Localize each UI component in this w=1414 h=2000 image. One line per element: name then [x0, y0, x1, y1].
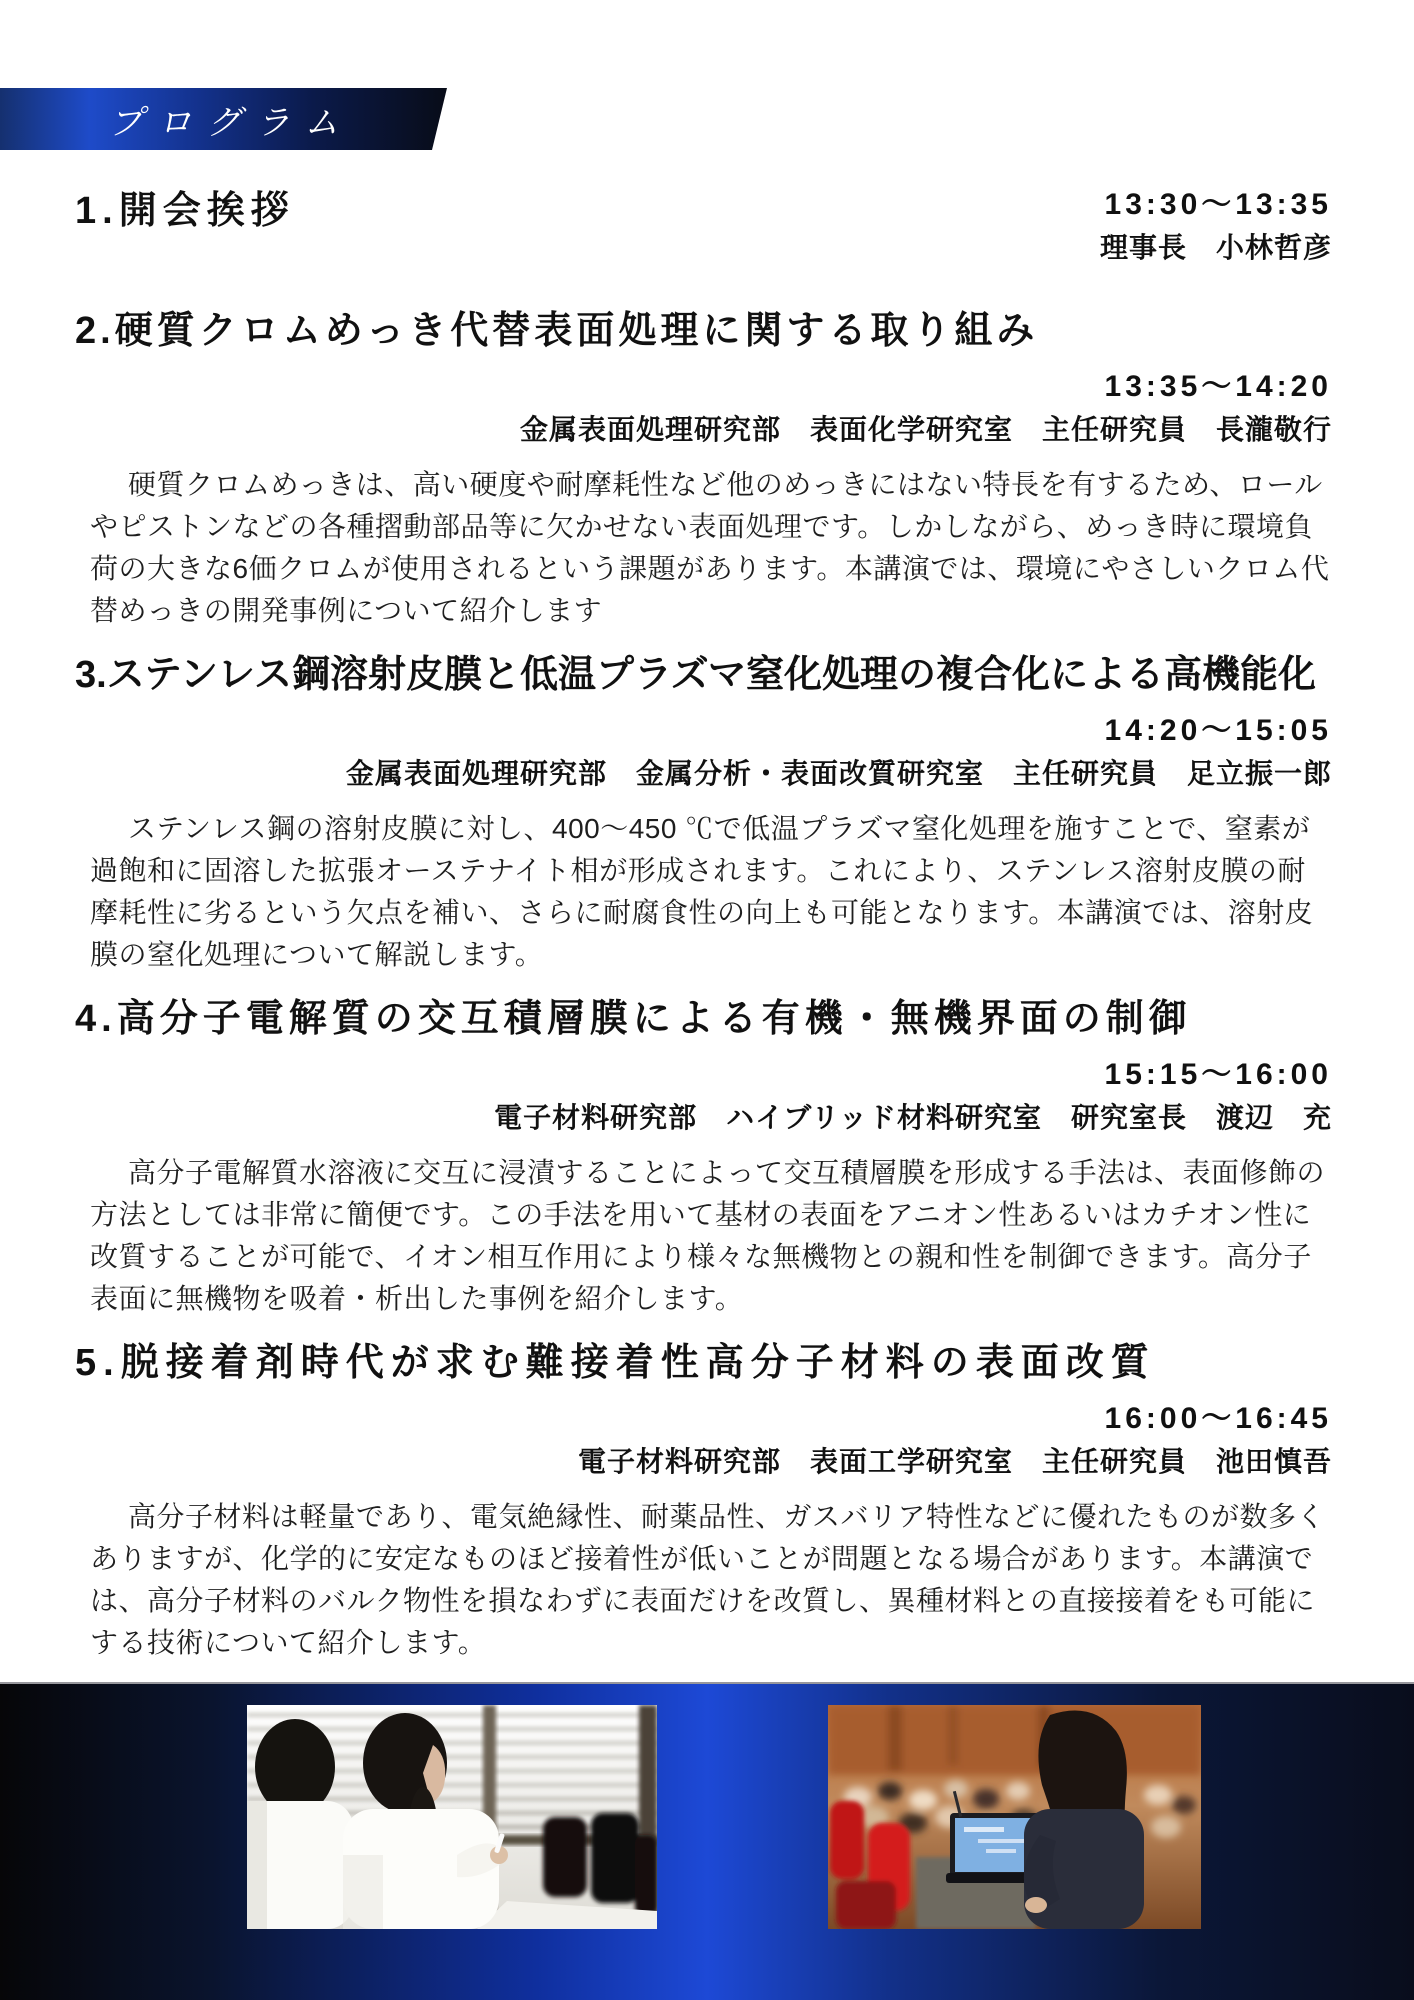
session-chrome-plating: 2.硬質クロムめっき代替表面処理に関する取り組み 13:35～14:20 金属表… — [75, 308, 1332, 632]
session-speaker: 金属表面処理研究部 金属分析・表面改質研究室 主任研究員 足立振一郎 — [75, 756, 1332, 792]
program-banner: プログラム — [0, 88, 447, 150]
conference-presenter-illustration — [828, 1705, 1201, 1929]
session-title: 4.高分子電解質の交互積層膜による有機・無機界面の制御 — [75, 996, 1332, 1042]
session-time: 15:15～16:00 — [75, 1058, 1332, 1092]
session-time: 13:30～13:35 — [1100, 188, 1332, 222]
session-meta: 13:30～13:35 理事長 小林哲彦 — [1100, 188, 1332, 266]
session-title: 5.脱接着剤時代が求む難接着性高分子材料の表面改質 — [75, 1340, 1332, 1386]
session-speaker: 金属表面処理研究部 表面化学研究室 主任研究員 長瀧敬行 — [75, 412, 1332, 448]
session-title: 3.ステンレス鋼溶射皮膜と低温プラズマ窒化処理の複合化による高機能化 — [75, 652, 1332, 698]
session-speaker: 理事長 小林哲彦 — [1100, 230, 1332, 266]
lab-coat-audience-illustration — [247, 1705, 657, 1929]
session-abstract: ステンレス鋼の溶射皮膜に対し、400～450 ℃で低温プラズマ窒化処理を施すこと… — [75, 808, 1332, 976]
session-title: 2.硬質クロムめっき代替表面処理に関する取り組み — [75, 308, 1332, 354]
session-abstract: 硬質クロムめっきは、高い硬度や耐摩耗性など他のめっきにはない特長を有するため、ロ… — [75, 464, 1332, 632]
session-speaker: 電子材料研究部 表面工学研究室 主任研究員 池田慎吾 — [75, 1444, 1332, 1480]
program-content: 1.開会挨拶 13:30～13:35 理事長 小林哲彦 2.硬質クロムめっき代替… — [0, 150, 1414, 1664]
session-time: 14:20～15:05 — [75, 714, 1332, 748]
session-time: 13:35～14:20 — [75, 370, 1332, 404]
banner-title: プログラム — [94, 95, 354, 144]
session-time: 16:00～16:45 — [75, 1402, 1332, 1436]
session-speaker: 電子材料研究部 ハイブリッド材料研究室 研究室長 渡辺 充 — [75, 1100, 1332, 1136]
footer-banner — [0, 1682, 1414, 2000]
lab-coat-audience-photo — [247, 1705, 657, 1929]
conference-presenter-photo — [828, 1705, 1201, 1929]
session-polyelectrolyte: 4.高分子電解質の交互積層膜による有機・無機界面の制御 15:15～16:00 … — [75, 996, 1332, 1320]
session-stainless-nitriding: 3.ステンレス鋼溶射皮膜と低温プラズマ窒化処理の複合化による高機能化 14:20… — [75, 652, 1332, 976]
session-abstract: 高分子電解質水溶液に交互に浸漬することによって交互積層膜を形成する手法は、表面修… — [75, 1152, 1332, 1320]
session-abstract: 高分子材料は軽量であり、電気絶縁性、耐薬品性、ガスバリア特性などに優れたものが数… — [75, 1496, 1332, 1664]
session-title: 1.開会挨拶 — [75, 188, 295, 234]
session-opening: 1.開会挨拶 13:30～13:35 理事長 小林哲彦 — [75, 188, 1332, 266]
session-surface-modification: 5.脱接着剤時代が求む難接着性高分子材料の表面改質 16:00～16:45 電子… — [75, 1340, 1332, 1664]
program-page: プログラム 1.開会挨拶 13:30～13:35 理事長 小林哲彦 2.硬質クロ… — [0, 0, 1414, 2000]
